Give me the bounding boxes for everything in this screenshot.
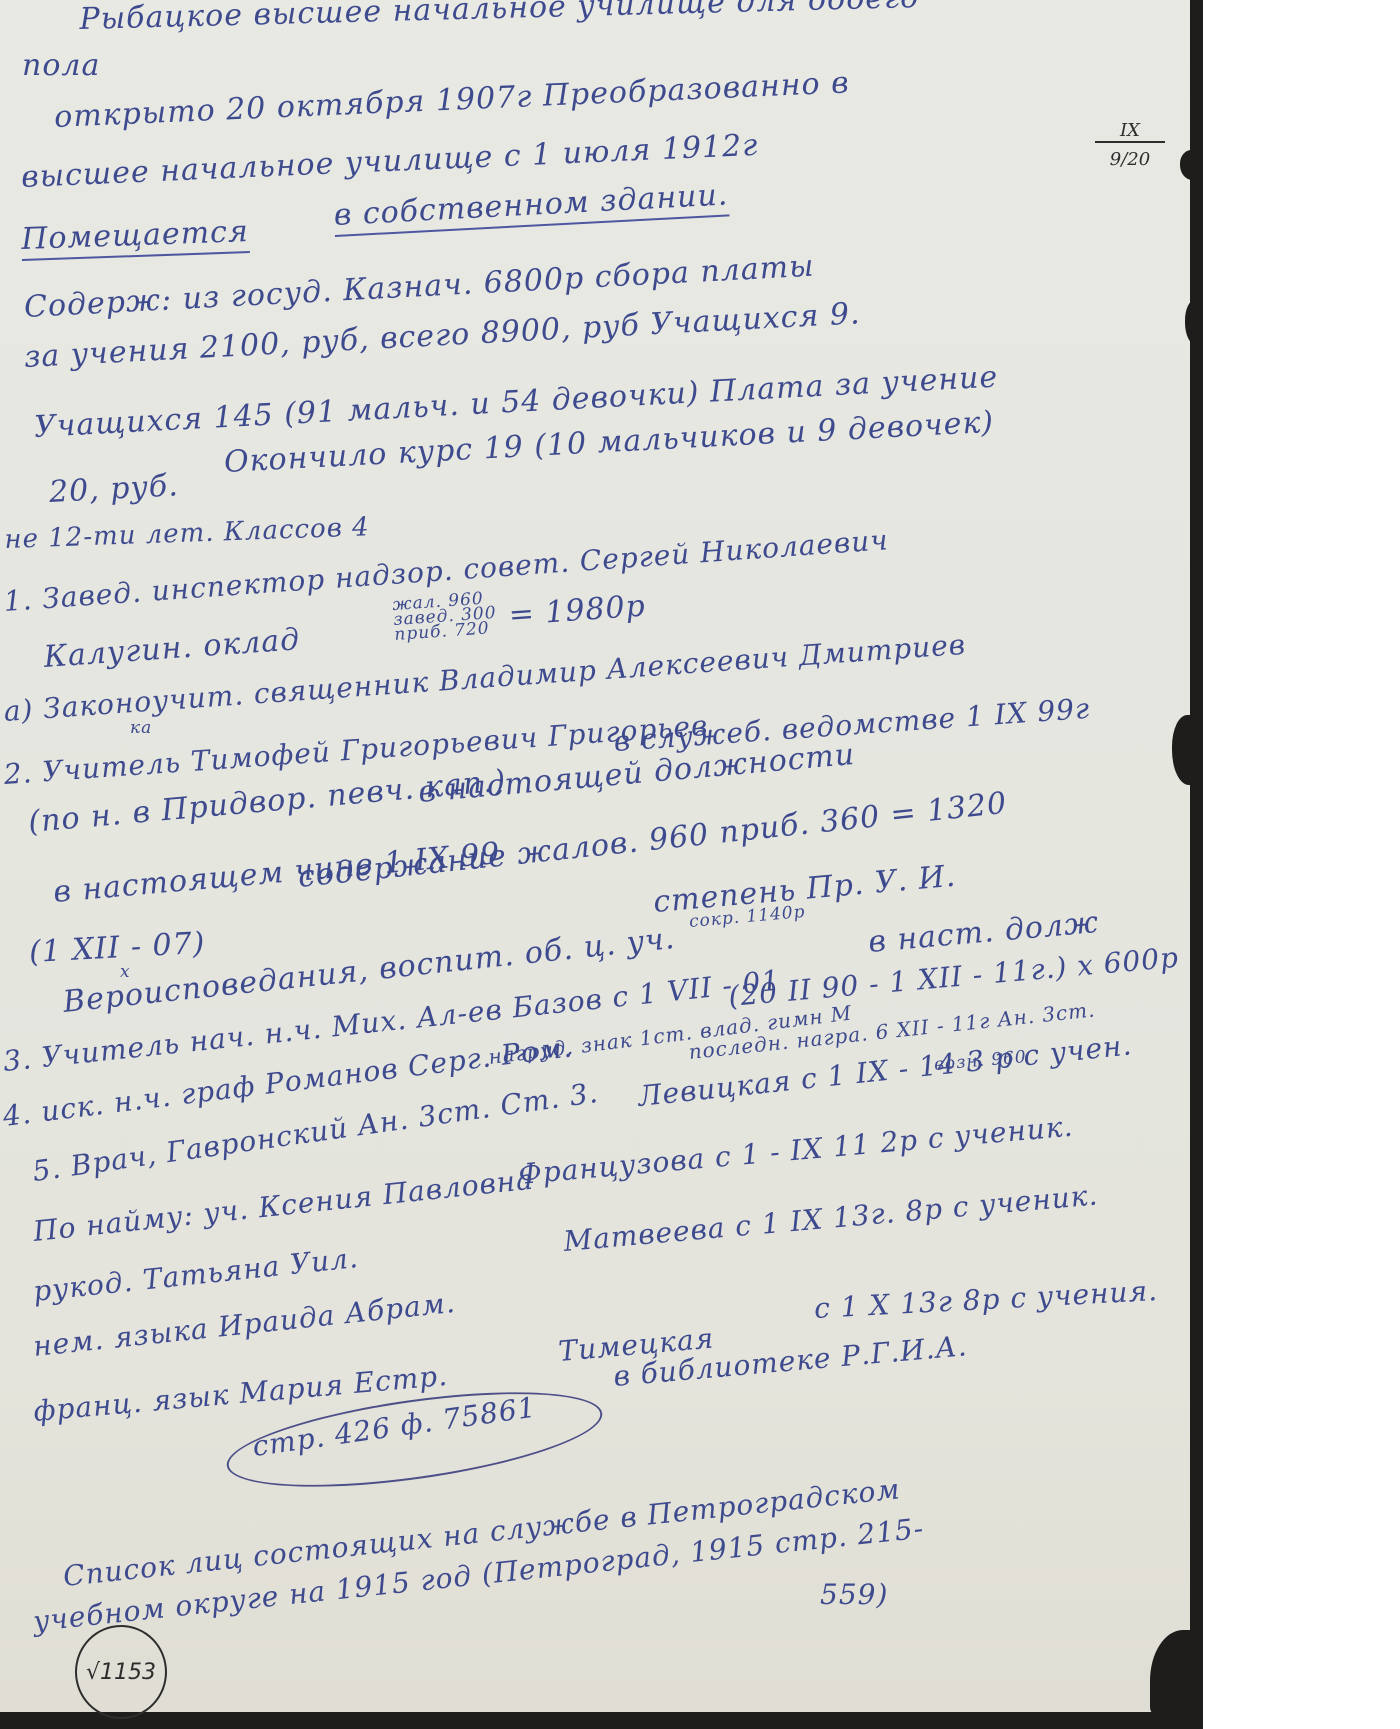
margin-note-bottom: 9/20 bbox=[1095, 149, 1165, 170]
edge-stain bbox=[1172, 715, 1206, 785]
salary-breakdown: жал. 960 завед. 300 приб. 720 bbox=[392, 591, 498, 643]
superscript-ka: ка bbox=[130, 718, 152, 738]
text-line: 559) bbox=[820, 1578, 888, 1611]
margin-note-top: IX bbox=[1095, 120, 1165, 143]
blank-area bbox=[1203, 0, 1400, 1729]
edge-stain bbox=[1180, 150, 1205, 180]
text-line: 20, руб. bbox=[48, 468, 179, 510]
text-line: Помещается bbox=[21, 214, 250, 261]
archive-stamp: √1153 bbox=[75, 1625, 167, 1719]
text-line: пола bbox=[22, 48, 100, 83]
margin-archive-number: IX 9/20 bbox=[1095, 120, 1165, 170]
